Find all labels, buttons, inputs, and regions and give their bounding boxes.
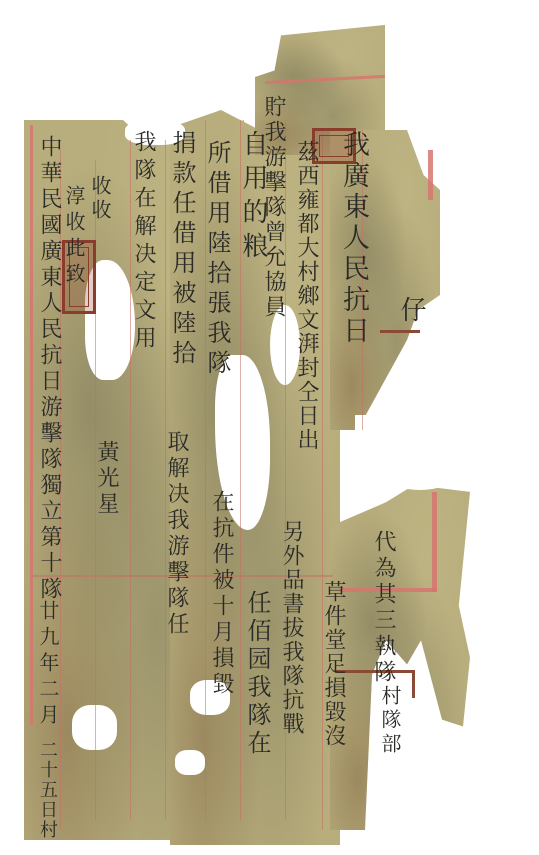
paper-right-lower [330,485,470,830]
text-column: 收收 [90,175,110,223]
document-photo: 我廣東人民抗日 茲西雍都大村鄉文湃封仝日出 代為其三執隊 村隊部 草件堂足損毀沒… [0,0,539,855]
text-column: 茲西雍都大村鄉文湃封仝日出 [295,140,317,452]
text-column: 所借用陸拾張我隊 [205,140,229,380]
text-column: 另外品書拔我隊抗戰 [280,520,302,736]
text-column: 我廣東人民抗日 [340,130,367,347]
seal-frame-line [380,330,420,333]
red-margin-line [428,150,433,200]
red-frame-right [432,492,437,592]
tear-hole [355,415,465,490]
seal-frame-line [412,670,415,698]
text-column: 草件堂足損毀沒 [322,580,344,748]
text-column: 二十五日村 [38,740,56,840]
text-column: 中華民國廣東人民抗日游擊隊獨立第十隊 [38,135,60,603]
text-column: 自用的粮 [240,130,266,266]
text-column: 任佰园我隊在 [245,590,269,758]
text-column: 我隊在解决定文用 [132,130,154,354]
text-column: 村隊部 [380,685,400,757]
text-column: 代為其三執隊 [372,530,394,686]
red-margin-line [30,125,33,725]
text-column: 取解决我游擊隊任 [165,430,187,638]
tear-hole [175,750,205,775]
text-column: 捐款任借用被陸拾 [170,130,194,370]
side-mark: 仔 [398,296,424,326]
text-column: 在抗件被十月損毀 [210,490,232,698]
text-column: 廿九年二月 [38,600,58,730]
text-column: 淳收此致 [64,185,84,289]
text-column: 黃光星 [95,440,117,518]
